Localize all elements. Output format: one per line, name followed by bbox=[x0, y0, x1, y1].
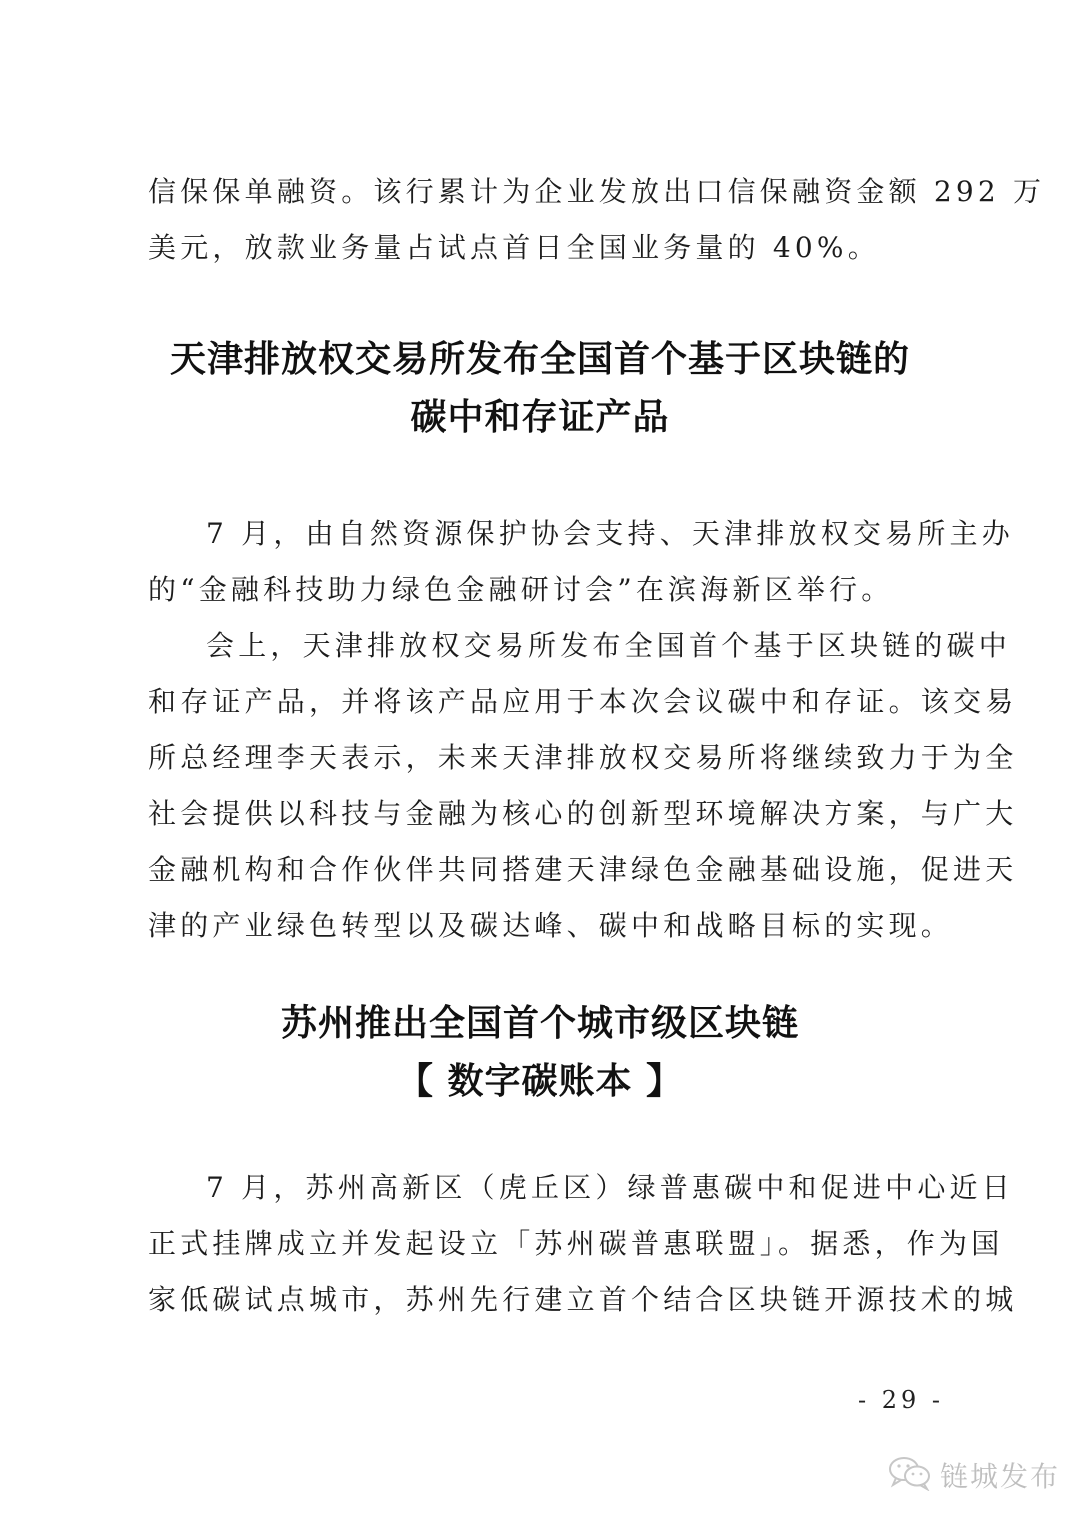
paragraph-line: 会上，天津排放权交易所发布全国首个基于区块链的碳中 bbox=[148, 618, 934, 674]
paragraph-line: 信保保单融资。该行累计为企业发放出口信保融资金额 292 万 bbox=[148, 164, 934, 220]
section-2-title: 苏州推出全国首个城市级区块链 【 数字碳账本 】 bbox=[0, 994, 1080, 1110]
section-2-paragraph-1: 7 月，苏州高新区（虎丘区）绿普惠碳中和促进中心近日 正式挂牌成立并发起设立「苏… bbox=[148, 1160, 934, 1328]
paragraph-line: 社会提供以科技与金融为核心的创新型环境解决方案，与广大 bbox=[148, 786, 934, 842]
watermark: 链城发布 bbox=[888, 1455, 1060, 1495]
title-line: 碳中和存证产品 bbox=[0, 388, 1080, 446]
paragraph-line: 7 月，苏州高新区（虎丘区）绿普惠碳中和促进中心近日 bbox=[148, 1160, 934, 1216]
section-1-title: 天津排放权交易所发布全国首个基于区块链的 碳中和存证产品 bbox=[0, 330, 1080, 446]
watermark-text: 链城发布 bbox=[940, 1455, 1060, 1495]
title-line: 苏州推出全国首个城市级区块链 bbox=[0, 994, 1080, 1052]
paragraph-line: 正式挂牌成立并发起设立「苏州碳普惠联盟」。据悉，作为国 bbox=[148, 1216, 934, 1272]
continued-paragraph: 信保保单融资。该行累计为企业发放出口信保融资金额 292 万 美元，放款业务量占… bbox=[148, 164, 934, 276]
wechat-icon bbox=[888, 1455, 932, 1495]
paragraph-line: 和存证产品，并将该产品应用于本次会议碳中和存证。该交易 bbox=[148, 674, 934, 730]
paragraph-line: 津的产业绿色转型以及碳达峰、碳中和战略目标的实现。 bbox=[148, 898, 934, 954]
section-1-paragraph-1: 7 月，由自然资源保护协会支持、天津排放权交易所主办 的“金融科技助力绿色金融研… bbox=[148, 506, 934, 618]
paragraph-line: 7 月，由自然资源保护协会支持、天津排放权交易所主办 bbox=[148, 506, 934, 562]
title-line: 天津排放权交易所发布全国首个基于区块链的 bbox=[0, 330, 1080, 388]
paragraph-line: 美元，放款业务量占试点首日全国业务量的 40%。 bbox=[148, 220, 934, 276]
paragraph-line: 家低碳试点城市，苏州先行建立首个结合区块链开源技术的城 bbox=[148, 1272, 934, 1328]
paragraph-line: 所总经理李天表示，未来天津排放权交易所将继续致力于为全 bbox=[148, 730, 934, 786]
title-line: 【 数字碳账本 】 bbox=[0, 1052, 1080, 1110]
paragraph-line: 的“金融科技助力绿色金融研讨会”在滨海新区举行。 bbox=[148, 562, 934, 618]
paragraph-line: 金融机构和合作伙伴共同搭建天津绿色金融基础设施，促进天 bbox=[148, 842, 934, 898]
page-number: - 29 - bbox=[858, 1386, 944, 1414]
document-page: 信保保单融资。该行累计为企业发放出口信保融资金额 292 万 美元，放款业务量占… bbox=[0, 0, 1080, 1526]
section-1-paragraph-2: 会上，天津排放权交易所发布全国首个基于区块链的碳中 和存证产品，并将该产品应用于… bbox=[148, 618, 934, 954]
